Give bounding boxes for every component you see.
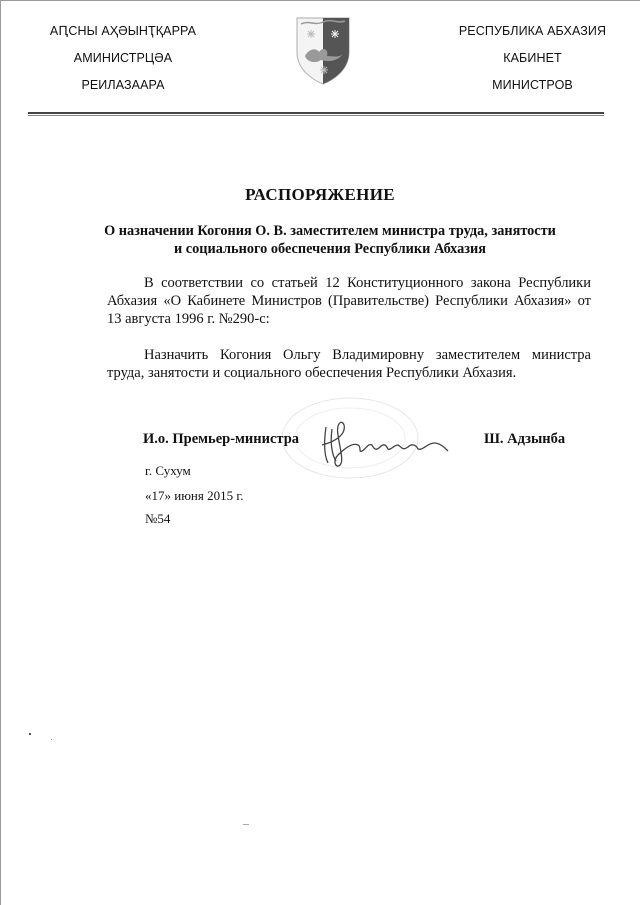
header-russian: РЕСПУБЛИКА АБХАЗИЯ КАБИНЕТ МИНИСТРОВ [440,24,625,105]
header-right-line: МИНИСТРОВ [440,78,625,105]
header-divider [28,115,604,116]
scan-artifact [51,739,52,740]
header-left-line: АМИНИСТРЦӘА [28,51,218,78]
document-number: №54 [145,511,170,527]
header-divider [28,112,604,114]
issue-city: г. Сухум [145,463,191,479]
header-abkhaz: АԤСНЫ АҲӘЫНҬҚАРРА АМИНИСТРЦӘА РЕИЛАЗААРА [28,24,218,105]
signatory-role: И.о. Премьер-министра [143,431,299,448]
page-edge [0,0,1,905]
issue-date: «17» июня 2015 г. [145,488,243,504]
header-right-line: РЕСПУБЛИКА АБХАЗИЯ [440,24,625,51]
page-edge [0,0,640,1]
signatory-name: Ш. Адзынба [484,431,565,448]
coat-of-arms-icon [293,12,353,86]
paragraph-appointment: Назначить Когония Ольгу Владимировну зам… [107,346,591,382]
header-right-line: КАБИНЕТ [440,51,625,78]
document-title: РАСПОРЯЖЕНИЕ [0,185,640,205]
paragraph-basis: В соответствии со статьей 12 Конституцио… [107,274,591,328]
header-left-line: АԤСНЫ АҲӘЫНҬҚАРРА [28,24,218,51]
header-left-line: РЕИЛАЗААРА [28,78,218,105]
scan-artifact [29,733,31,735]
document-subject: О назначении Когония О. В. заместителем … [100,222,560,258]
handwritten-signature-icon [318,415,458,475]
scan-artifact [243,824,249,825]
